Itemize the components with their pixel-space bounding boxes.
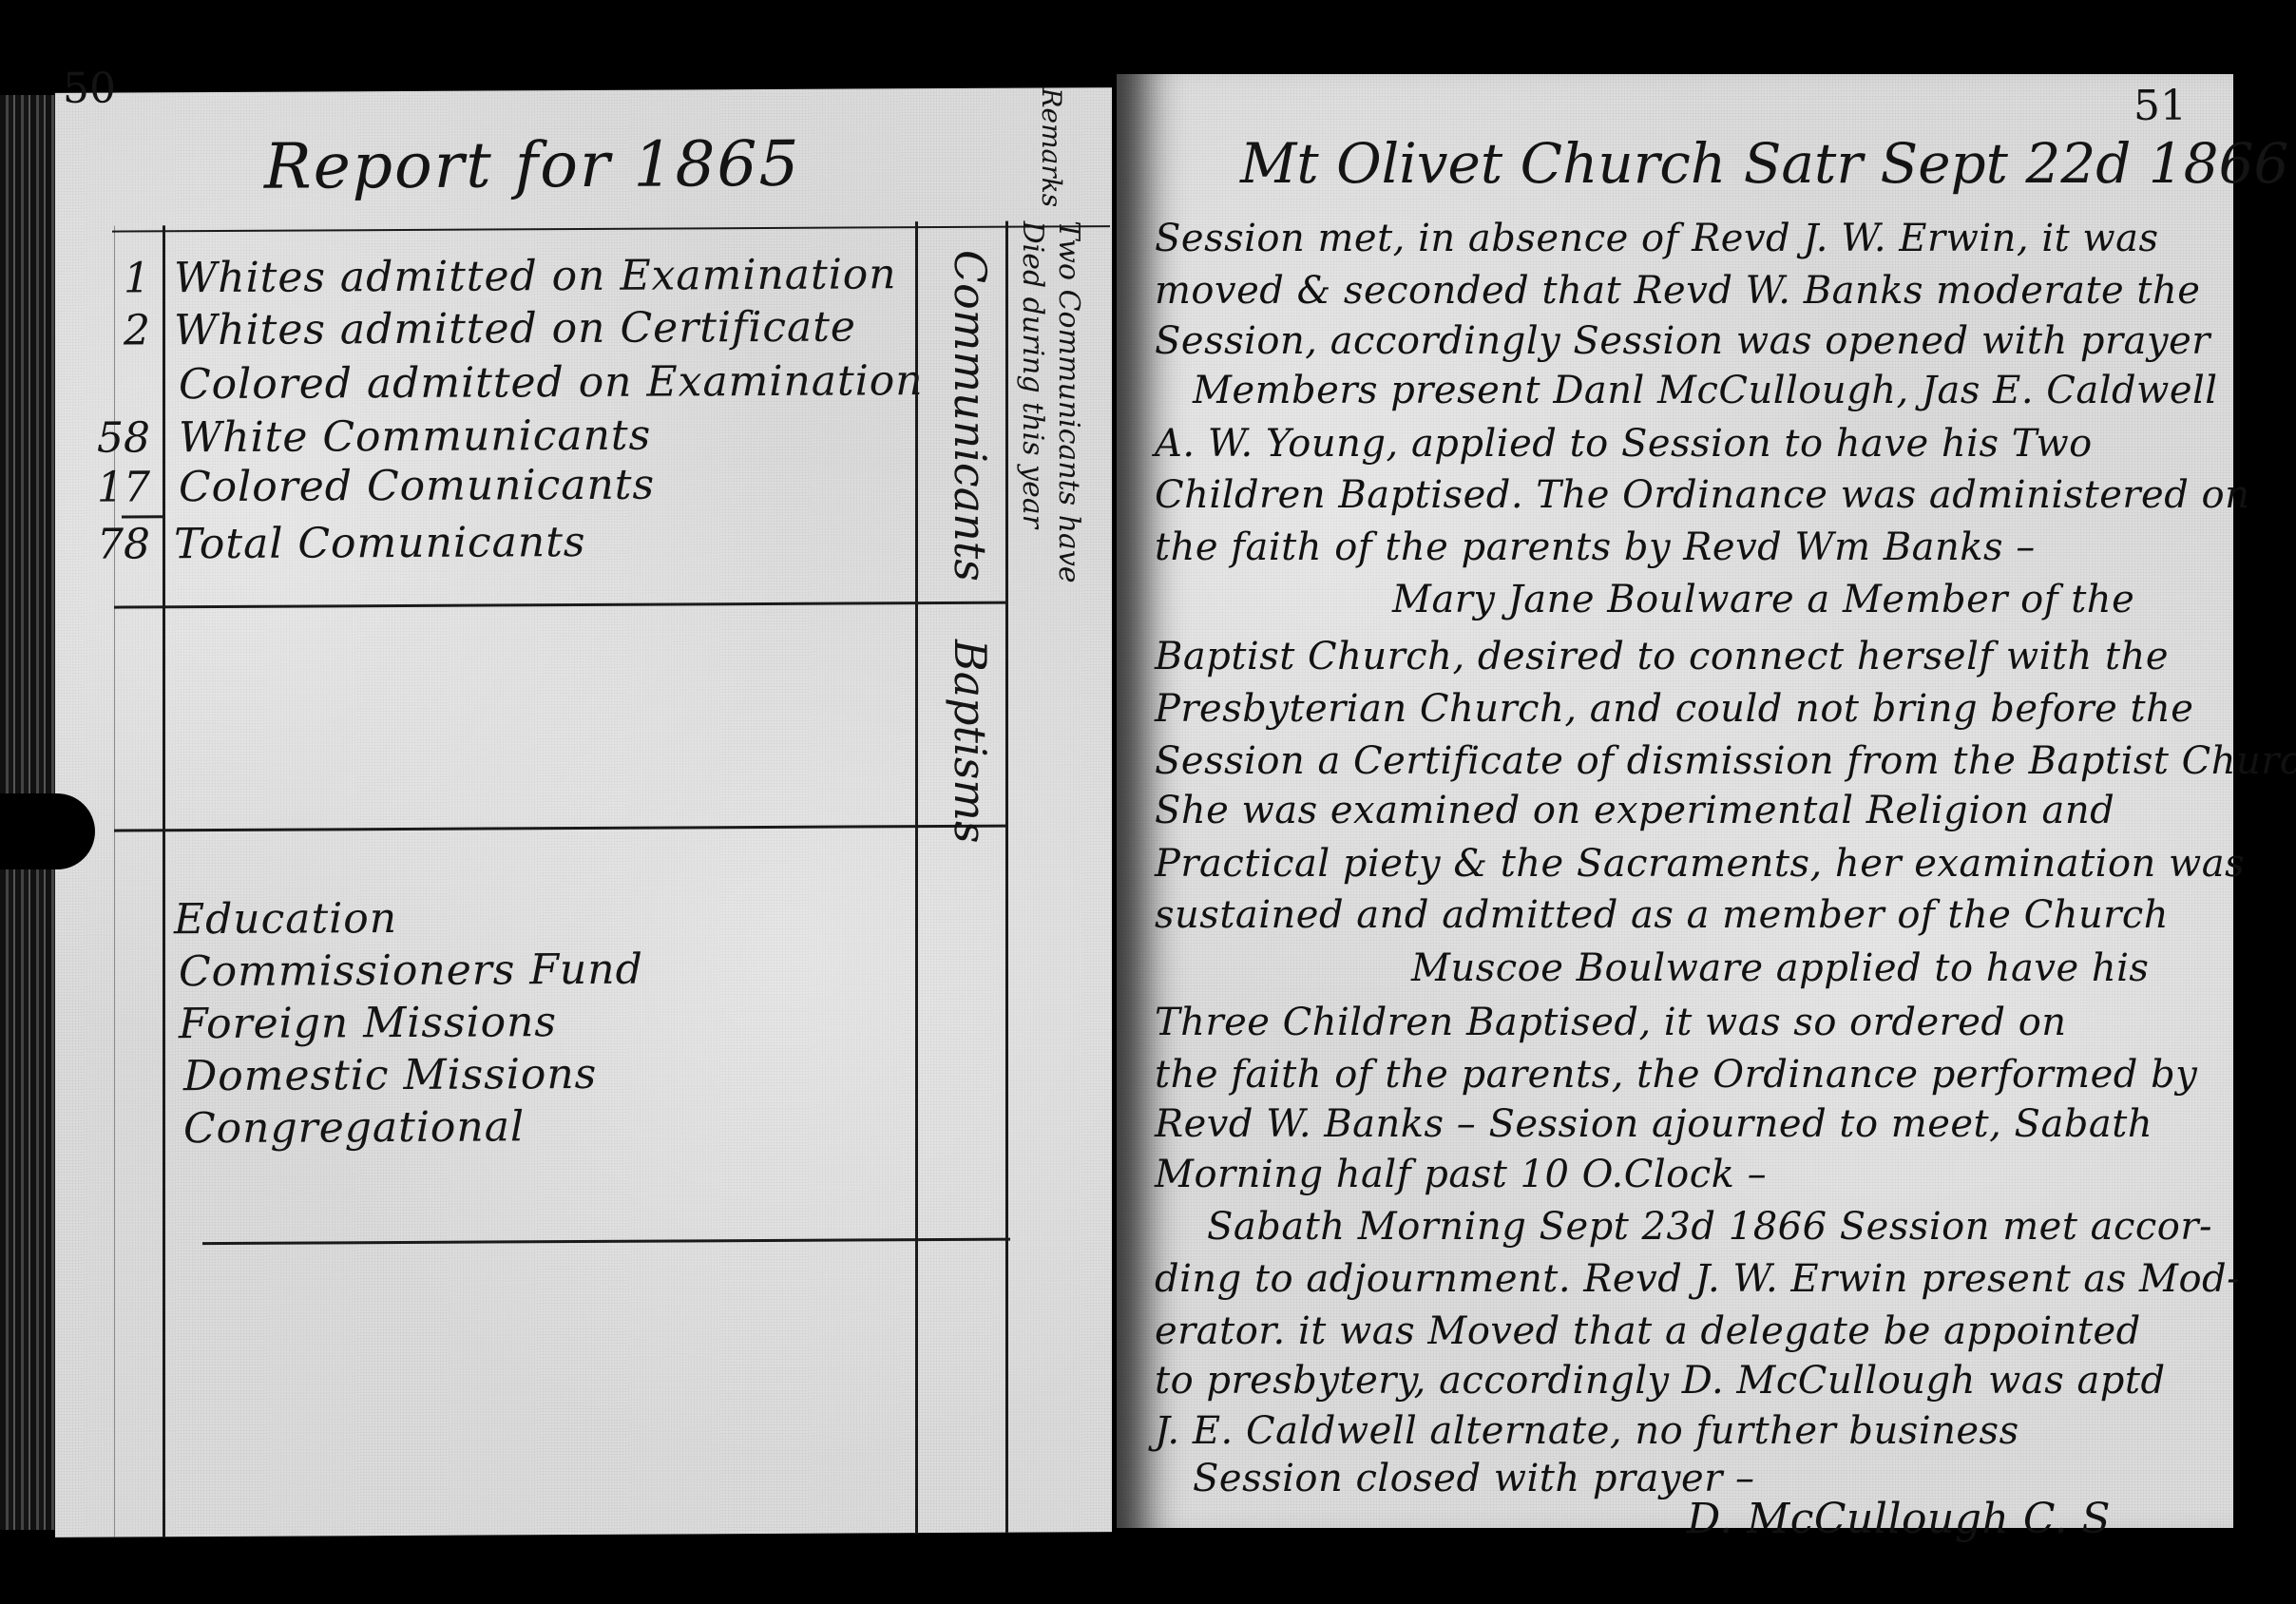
minutes-line: Members present Danl McCullough, Jas E. … <box>1193 369 2218 412</box>
minutes-line: Morning half past 10 O.Clock – <box>1155 1153 1767 1196</box>
right-page: 51 Mt Olivet Church Satr Sept 22d 1866 S… <box>1117 74 2233 1528</box>
report-rows: 1 Whites admitted on Examination 2 White… <box>55 87 1112 93</box>
minutes-line: ding to adjournment. Revd J. W. Erwin pr… <box>1155 1257 2240 1301</box>
row-label: Whites admitted on Certificate <box>174 302 856 354</box>
section-divider-2 <box>114 825 1007 832</box>
minutes-line: Session, accordingly Session was opened … <box>1155 319 2210 363</box>
remark-note: Two Communicants have Died during this y… <box>1014 220 1086 601</box>
minutes-line: Children Baptised. The Ordinance was adm… <box>1155 473 2249 517</box>
minutes-heading: Mt Olivet Church Satr Sept 22d 1866 <box>1240 131 2288 196</box>
minutes-line: Muscoe Boulware applied to have his <box>1411 946 2149 990</box>
minutes-line: to presbytery, accordingly D. McCullough… <box>1155 1359 2166 1403</box>
minutes-line: She was examined on experimental Religio… <box>1155 789 2114 832</box>
label-column-rule <box>915 221 918 1533</box>
row-count: 78 <box>74 520 150 568</box>
row-count: 17 <box>74 463 150 511</box>
top-rule <box>112 225 1110 232</box>
minutes-line: Mary Jane Boulware a Member of the <box>1392 578 2134 621</box>
minutes-line: Revd W. Banks – Session ajourned to meet… <box>1155 1102 2152 1146</box>
minutes-line: the faith of the parents, the Ordinance … <box>1155 1053 2197 1097</box>
remarks-header: Remarks <box>1036 87 1067 207</box>
row-label: White Communicants <box>179 411 651 463</box>
contribution-label: Commissioners Fund <box>179 945 643 997</box>
row-count: 2 <box>74 306 150 354</box>
minutes-line: erator. it was Moved that a delegate be … <box>1155 1309 2141 1353</box>
page-number-left: 50 <box>63 65 116 113</box>
minutes-line: Practical piety & the Sacraments, her ex… <box>1155 842 2245 886</box>
minutes-line: J. E. Caldwell alternate, no further bus… <box>1155 1409 2019 1453</box>
minutes-line: Session closed with prayer – <box>1193 1457 1755 1500</box>
contribution-label: Foreign Missions <box>179 998 557 1048</box>
minutes-line: Presbyterian Church, and could not bring… <box>1155 687 2193 731</box>
report-title: Report for 1865 <box>264 127 800 203</box>
section-divider-3 <box>202 1238 1010 1245</box>
section-header-communicants: Communicants <box>945 250 996 582</box>
row-label: Whites admitted on Examination <box>174 250 897 302</box>
thumb-shadow <box>0 793 95 869</box>
row-label: Colored admitted on Examination <box>179 356 924 409</box>
minutes-line: Session met, in absence of Revd J. W. Er… <box>1155 217 2159 260</box>
row-count: 58 <box>74 413 150 462</box>
minutes-line: Three Children Baptised, it was so order… <box>1155 1001 2067 1044</box>
minutes-line: sustained and admitted as a member of th… <box>1155 893 2169 937</box>
minutes-line: A. W. Young, applied to Session to have … <box>1155 422 2093 466</box>
page-number-right: 51 <box>2133 82 2187 130</box>
minutes-line: moved & seconded that Revd W. Banks mode… <box>1155 269 2200 313</box>
contribution-label: Domestic Missions <box>183 1050 597 1100</box>
minutes-line: Session a Certificate of dismission from… <box>1155 739 2296 783</box>
minutes-line: the faith of the parents by Revd Wm Bank… <box>1155 525 2036 569</box>
total-underline <box>122 515 164 518</box>
remarks-column-rule <box>1005 221 1008 1533</box>
row-count: 1 <box>74 254 150 302</box>
row-label: Colored Comunicants <box>179 461 655 512</box>
clerk-signature: D. McCullough C. S <box>1687 1495 2111 1543</box>
minutes-line: Sabath Morning Sept 23d 1866 Session met… <box>1207 1205 2212 1249</box>
contribution-label: Congregational <box>183 1102 525 1153</box>
minutes-line: Baptist Church, desired to connect herse… <box>1155 635 2169 678</box>
section-header-baptisms: Baptisms <box>945 640 996 844</box>
count-column-rule <box>163 225 165 1537</box>
contribution-rows: Education Commissioners Fund Foreign Mis… <box>55 87 1112 93</box>
section-divider-1 <box>114 601 1007 609</box>
row-label: Total Comunicants <box>174 518 586 568</box>
left-page: 50 Report for 1865 1 Whites admitted on … <box>55 87 1112 1537</box>
contribution-label: Education <box>174 894 397 944</box>
